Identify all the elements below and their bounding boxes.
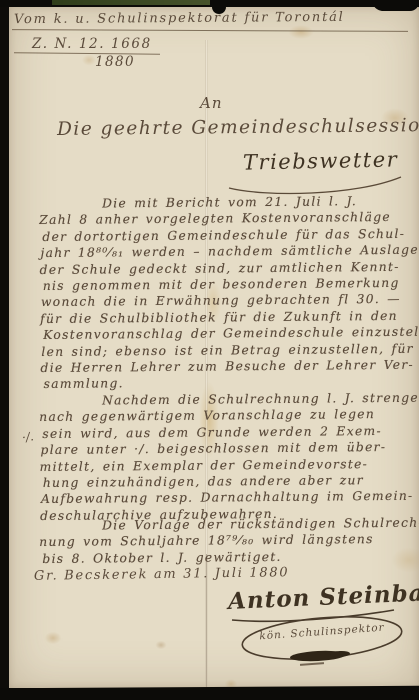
reference-number: Z. N. 12. 1668: [32, 36, 152, 52]
handwritten-line: Aufbewahrung resp. Darnachhaltung im Gem…: [41, 488, 414, 508]
body-paragraph-3: Die Vorlage der rückständigen Schulrech-…: [40, 515, 413, 567]
table-surface-sliver: [52, 0, 210, 5]
paper-edge-notch: [372, 0, 419, 11]
handwritten-line: nung vom Schuljahre 18⁷⁹⁄₈₀ wird längste…: [39, 531, 413, 551]
enclosure-margin-mark: ·/.: [21, 429, 35, 444]
reference-year: 1880: [95, 54, 135, 70]
place-name: Triebswetter: [243, 147, 399, 174]
handwritten-line: bis 8. Oktober l. J. gewärtiget.: [42, 548, 413, 568]
document-photo: Vom k. u. Schulinspektorat für Torontál …: [0, 0, 419, 700]
photo-bottom-border: [0, 686, 419, 700]
sender-office-line: Vom k. u. Schulinspektorat für Torontál: [14, 10, 345, 27]
body-paragraph-1: Die mit Bericht vom 21. Juli l. J.Zahl 8…: [40, 193, 415, 393]
salutation: An: [200, 94, 223, 112]
recipient-line: Die geehrte Gemeindeschulsession: [57, 115, 419, 140]
body-paragraph-2: Nachdem die Schulrechnung l. J. strengen…: [40, 390, 414, 524]
